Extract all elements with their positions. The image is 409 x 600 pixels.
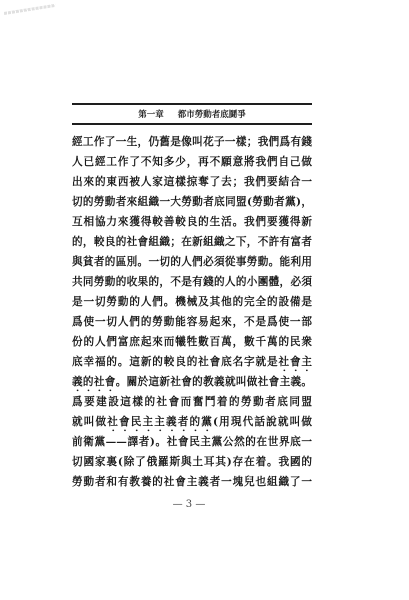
text-line: 互相協力來獲得較善較良的生活。我們要獲得新 (72, 212, 312, 232)
emphasized-text: 社會主 (278, 356, 312, 368)
text-line: 底幸福的。這新的較良的社會底名字就是社會主 (72, 352, 312, 372)
text-line: 份的人們富庶起來而犧牲數百萬，數千萬的民衆 (72, 332, 312, 352)
text-line: 切國家裏(除了俄羅斯與土耳其)存在着。我國的 (72, 452, 312, 472)
body-text: 經工作了一生，仍舊是像叫花子一樣；我們爲有錢 人已經工作了不知多少，再不願意將我… (72, 132, 312, 492)
text-line: 的，較良的社會組織；在新組織之下，不許有富者 (72, 232, 312, 252)
running-head: 第一章都市勞動者底鬪爭 (72, 108, 312, 122)
header-rule-top (72, 103, 312, 105)
text-segment: 的，較良的社會組織；在新組織之下，不許有富者 (72, 236, 312, 248)
text-line: 勞動者和有教養的社會主義者一塊兒也組織了一 (72, 472, 312, 492)
header-rule-bottom (72, 123, 312, 125)
text-segment: 爲要建設這樣的社會而奮鬥着的勞動者底同盟 (72, 396, 312, 408)
text-segment: 經工作了一生，仍舊是像叫花子一樣；我們爲有錢 (72, 136, 312, 148)
chapter-label: 第一章 (138, 110, 164, 120)
text-line: 就叫做社會民主主義者的黨(用現代話說就叫做 (72, 412, 312, 432)
chapter-title: 都市勞動者底鬪爭 (178, 110, 246, 120)
text-line: 是一切勞動的人們。機械及其他的完全的設備是 (72, 292, 312, 312)
text-line: 與貧者的區別。一切的人們必須從事勞動。能利用 (72, 252, 312, 272)
text-segment: 互相協力來獲得較善較良的生活。我們要獲得新 (72, 216, 312, 228)
text-line: 出來的東西被人家這樣掠奪了去；我們要結合一 (72, 172, 312, 192)
text-segment: 底幸福的。這新的較良的社會底名字就是 (72, 356, 278, 368)
text-segment: 是一切勞動的人們。機械及其他的完全的設備是 (72, 296, 312, 308)
text-line: 人已經工作了不知多少，再不願意將我們自己做 (72, 152, 312, 172)
text-line: 爲要建設這樣的社會而奮鬥着的勞動者底同盟 (72, 392, 312, 412)
text-line: 義的社會。關於這新社會的教義就叫做社會主義。 (72, 372, 312, 392)
text-segment: 人已經工作了不知多少，再不願意將我們自己做 (72, 156, 312, 168)
text-line: 切的勞動者來組織一大勞動者底同盟(勞動者黨)， (72, 192, 312, 212)
text-line: 經工作了一生，仍舊是像叫花子一樣；我們爲有錢 (72, 132, 312, 152)
text-segment: 前衛黨——譯者)。社會民主黨公然的在世界底一 (72, 436, 312, 448)
emphasized-text: 義的社會 (72, 376, 116, 388)
emphasized-text: 社會民主主義者的黨 (107, 416, 213, 428)
text-line: 前衛黨——譯者)。社會民主黨公然的在世界底一 (72, 432, 312, 452)
text-segment: 就叫做 (72, 416, 107, 428)
text-segment: (用現代話說就叫做 (213, 416, 312, 428)
scan-watermark (4, 4, 56, 15)
text-line: 共同勞動的收果的，不是有錢的人的小團體，必須 (72, 272, 312, 292)
text-line: 爲使一切人們的勞動能容易起來，不是爲使一部 (72, 312, 312, 332)
text-segment: 勞動者和有教養的社會主義者一塊兒也組織了一 (72, 476, 312, 488)
text-segment: 。關於這新社會的教義就叫做社會主義。 (116, 376, 312, 388)
text-segment: 共同勞動的收果的，不是有錢的人的小團體，必須 (72, 276, 312, 288)
text-segment: 爲使一切人們的勞動能容易起來，不是爲使一部 (72, 316, 312, 328)
text-segment: 切的勞動者來組織一大勞動者底同盟(勞動者黨)， (72, 196, 312, 208)
text-segment: 份的人們富庶起來而犧牲數百萬，數千萬的民衆 (72, 336, 312, 348)
text-segment: 出來的東西被人家這樣掠奪了去；我們要結合一 (72, 176, 312, 188)
text-segment: 切國家裏(除了俄羅斯與土耳其)存在着。我國的 (72, 456, 312, 468)
page-number: — 3 — (72, 497, 306, 513)
text-segment: 與貧者的區別。一切的人們必須從事勞動。能利用 (72, 256, 312, 268)
